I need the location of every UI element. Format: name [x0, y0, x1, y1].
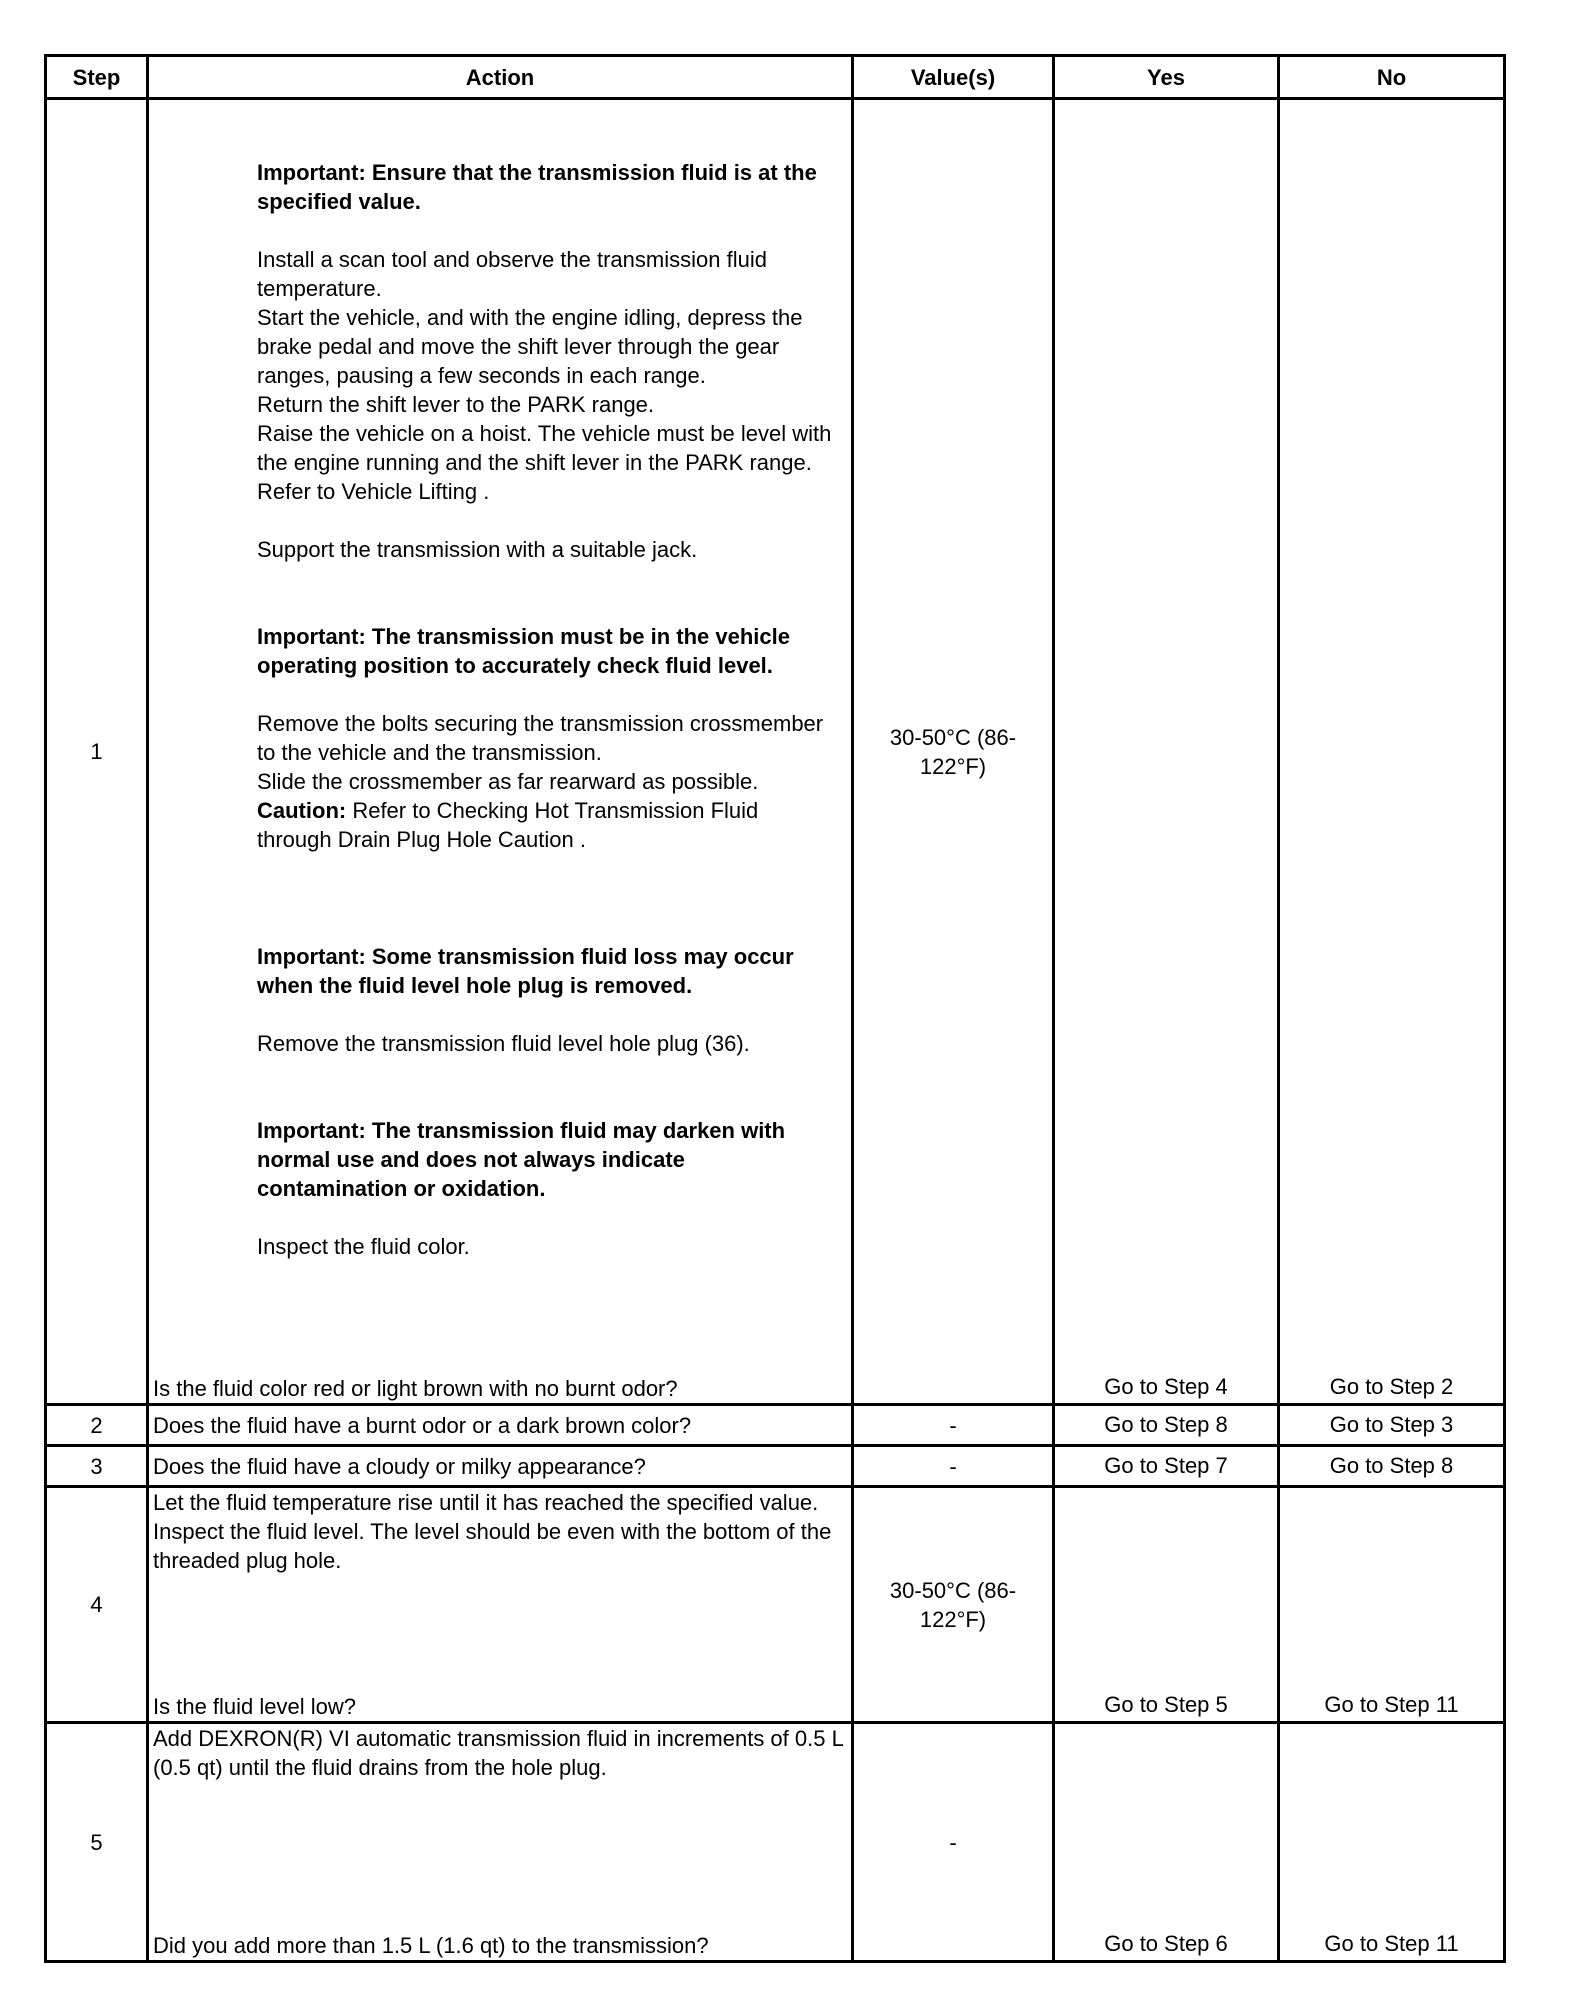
table-row: 5 Add DEXRON(R) VI automatic transmissio…: [46, 1723, 1505, 1962]
value-text: 30-50°C (86-122°F): [878, 1576, 1028, 1634]
value-cell: -: [853, 1723, 1054, 1962]
instruction-text: Install a scan tool and observe the tran…: [257, 245, 837, 303]
instruction-text: Return the shift lever to the PARK range…: [257, 390, 837, 419]
step-question: Does the fluid have a burnt odor or a da…: [148, 1405, 853, 1446]
important-note: Important: Ensure that the transmission …: [257, 158, 837, 216]
no-link[interactable]: Go to Step 8: [1279, 1446, 1505, 1487]
important-note: Important: Some transmission fluid loss …: [257, 942, 837, 1000]
action-cell: Add DEXRON(R) VI automatic transmission …: [148, 1723, 853, 1962]
caution-note: Caution: Refer to Checking Hot Transmiss…: [257, 796, 837, 854]
important-note: Important: The transmission fluid may da…: [257, 1116, 837, 1203]
value-cell: 30-50°C (86-122°F): [853, 1487, 1054, 1723]
instruction-text: Support the transmission with a suitable…: [257, 535, 837, 564]
yes-link[interactable]: Go to Step 4: [1054, 99, 1279, 1405]
no-link[interactable]: Go to Step 11: [1279, 1487, 1505, 1723]
header-step: Step: [46, 56, 148, 99]
header-yes: Yes: [1054, 56, 1279, 99]
step1-instructions: Important: Ensure that the transmission …: [153, 100, 847, 1261]
instruction-text: Add DEXRON(R) VI automatic transmission …: [153, 1724, 847, 1782]
table-row: 1 Important: Ensure that the transmissio…: [46, 99, 1505, 1405]
no-link[interactable]: Go to Step 2: [1279, 99, 1505, 1405]
instruction-text: Let the fluid temperature rise until it …: [153, 1488, 847, 1575]
instruction-text: Remove the transmission fluid level hole…: [257, 1029, 837, 1058]
header-values: Value(s): [853, 56, 1054, 99]
step-number: 1: [46, 99, 148, 1405]
yes-link[interactable]: Go to Step 8: [1054, 1405, 1279, 1446]
step-question: Is the fluid color red or light brown wi…: [153, 1374, 847, 1403]
step-number: 3: [46, 1446, 148, 1487]
step-question: Is the fluid level low?: [153, 1692, 847, 1721]
value-cell: -: [853, 1405, 1054, 1446]
step-number: 5: [46, 1723, 148, 1962]
step-number: 4: [46, 1487, 148, 1723]
instruction-text: Start the vehicle, and with the engine i…: [257, 303, 837, 390]
value-cell: -: [853, 1446, 1054, 1487]
no-link[interactable]: Go to Step 11: [1279, 1723, 1505, 1962]
header-action: Action: [148, 56, 853, 99]
table-row: 2 Does the fluid have a burnt odor or a …: [46, 1405, 1505, 1446]
step-number: 2: [46, 1405, 148, 1446]
caution-label: Caution:: [257, 798, 346, 823]
yes-link[interactable]: Go to Step 5: [1054, 1487, 1279, 1723]
value-cell: 30-50°C (86-122°F): [853, 99, 1054, 1405]
important-note: Important: The transmission must be in t…: [257, 622, 837, 680]
table-row: 3 Does the fluid have a cloudy or milky …: [46, 1446, 1505, 1487]
instruction-text: Slide the crossmember as far rearward as…: [257, 767, 837, 796]
yes-link[interactable]: Go to Step 7: [1054, 1446, 1279, 1487]
step-question: Does the fluid have a cloudy or milky ap…: [148, 1446, 853, 1487]
action-cell: Important: Ensure that the transmission …: [148, 99, 853, 1405]
step-question: Did you add more than 1.5 L (1.6 qt) to …: [153, 1931, 847, 1960]
no-link[interactable]: Go to Step 3: [1279, 1405, 1505, 1446]
table-row: 4 Let the fluid temperature rise until i…: [46, 1487, 1505, 1723]
yes-link[interactable]: Go to Step 6: [1054, 1723, 1279, 1962]
instruction-text: Inspect the fluid color.: [257, 1232, 837, 1261]
action-cell: Let the fluid temperature rise until it …: [148, 1487, 853, 1723]
header-row: Step Action Value(s) Yes No: [46, 56, 1505, 99]
value-text: 30-50°C (86-122°F): [878, 723, 1028, 781]
instruction-text: Raise the vehicle on a hoist. The vehicl…: [257, 419, 837, 506]
header-no: No: [1279, 56, 1505, 99]
instruction-text: Remove the bolts securing the transmissi…: [257, 709, 837, 767]
diagnostic-table: Step Action Value(s) Yes No 1 Important:…: [44, 54, 1506, 1963]
